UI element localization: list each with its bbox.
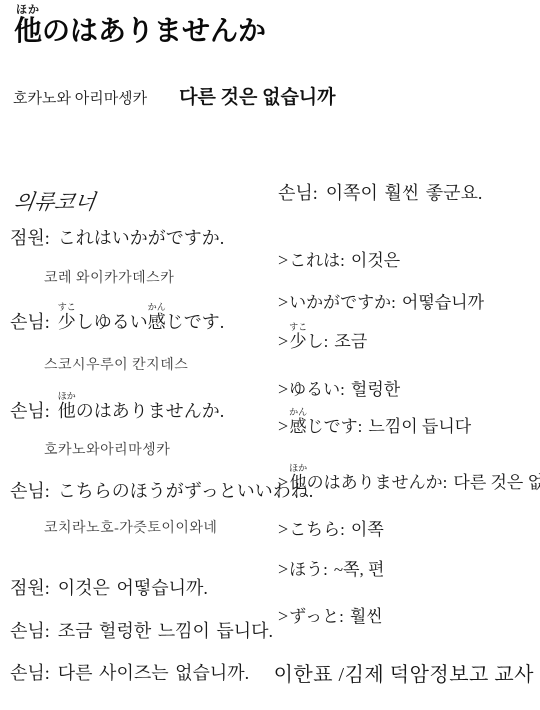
title-kanji: 他 xyxy=(14,15,42,46)
vocab-item-ikagadesuka: >いかがですか:어떻습니까 xyxy=(278,292,484,314)
vocab-ko: 훨씬 xyxy=(350,607,383,626)
vocab-jp: ゆるい: xyxy=(289,380,345,399)
furigana-hoka: ほか xyxy=(289,463,307,473)
kanji-hoka: 他 xyxy=(58,401,76,421)
dialogue-jp-text: じです. xyxy=(166,312,225,332)
angle-marker-icon: > xyxy=(278,472,288,492)
title-subtitle: 호카노와 아리마셍카다른 것은 없습니까 xyxy=(13,82,336,109)
customer-reply-line: 손님:이쪽이 훨씬 좋군요. xyxy=(278,183,482,205)
korean-text: 이것은 어떻습니까. xyxy=(58,578,208,598)
speaker-label: 점원: xyxy=(10,578,50,598)
furigana-hoka: ほか xyxy=(58,391,76,401)
dialogue-line-3: 손님:他ほかのはありませんか. xyxy=(10,391,224,423)
speaker-label: 손님: xyxy=(10,481,50,501)
speaker-label: 손님: xyxy=(10,621,50,641)
kanji-kan: 感 xyxy=(148,312,166,332)
speaker-label: 손님: xyxy=(278,183,318,203)
title-kanji-ruby: 他ほか xyxy=(14,15,42,46)
ruby-kan: 感かん xyxy=(148,312,166,332)
vocab-ko: 어떻습니까 xyxy=(402,293,484,312)
vocab-ko: 느낌이 듭니다 xyxy=(368,417,471,436)
dialogue-jp-text: のはありませんか. xyxy=(76,401,225,421)
pronunciation-line-1: 코레 와이카가데스카 xyxy=(44,267,174,287)
vocab-ko: 이쪽 xyxy=(351,520,384,539)
furigana-kan: かん xyxy=(148,302,166,312)
vocab-item-hou: >ほう:~쪽, 편 xyxy=(278,559,384,581)
worksheet-page: 他ほかのはありませんか 호카노와 아리마셍카다른 것은 없습니까 의류코너 점원… xyxy=(0,0,540,710)
vocab-item-kochira: >こちら:이쪽 xyxy=(278,519,384,541)
korean-line-3: 손님:다른 사이즈는 없습니까. xyxy=(10,663,249,685)
korean-line-2: 손님:조금 헐렁한 느낌이 듭니다. xyxy=(10,621,273,643)
speaker-label: 손님: xyxy=(10,312,50,332)
vocab-item-yurui: >ゆるい:헐렁한 xyxy=(278,379,400,401)
pronunciation-line-4: 코치라노호-가즛토이이와네 xyxy=(44,517,217,537)
kanji-sukoshi: 少 xyxy=(289,332,307,351)
vocab-item-hokanowa: >他ほかのはありませんか:다른 것은 없습니까 xyxy=(278,463,540,494)
dialogue-line-2: 손님:少すこしゆるい感かんじです. xyxy=(10,302,224,334)
pronunciation-line-2: 스코시우루이 칸지데스 xyxy=(44,354,188,374)
dialogue-line-1: 점원:これはいかがですか. xyxy=(10,228,224,250)
vocab-jp: じです: xyxy=(307,417,363,436)
angle-marker-icon: > xyxy=(278,331,288,351)
angle-marker-icon: > xyxy=(278,416,288,436)
ruby-sukoshi: 少すこ xyxy=(58,312,76,332)
korean-text: 다른 사이즈는 없습니까. xyxy=(58,663,249,683)
speaker-label: 손님: xyxy=(10,663,50,683)
vocab-jp: こちら: xyxy=(289,520,345,539)
dialogue-jp-text: これはいかがですか. xyxy=(58,228,225,248)
title-meaning: 다른 것은 없습니까 xyxy=(179,87,335,108)
vocab-item-kanjidesu: >感かんじです:느낌이 듭니다 xyxy=(278,407,471,438)
vocab-ko: 다른 것은 없습니까 xyxy=(453,473,540,492)
dialogue-jp-text: こちらのほうがずっといいわね. xyxy=(58,481,313,501)
angle-marker-icon: > xyxy=(278,292,288,312)
speaker-label: 손님: xyxy=(10,401,50,421)
title-furigana: ほか xyxy=(14,4,42,16)
vocab-jp: のはありませんか: xyxy=(307,473,448,492)
vocab-jp: これは: xyxy=(289,251,345,270)
ruby-sukoshi: 少すこ xyxy=(289,332,307,351)
dialogue-jp-text: しゆるい xyxy=(76,312,148,332)
angle-marker-icon: > xyxy=(278,606,288,626)
kanji-sukoshi: 少 xyxy=(58,312,76,332)
angle-marker-icon: > xyxy=(278,379,288,399)
speaker-label: 점원: xyxy=(10,228,50,248)
title-rest: のはありませんか xyxy=(42,15,266,46)
ruby-hoka: 他ほか xyxy=(289,473,307,492)
korean-text: 조금 헐렁한 느낌이 듭니다. xyxy=(58,621,273,641)
kanji-hoka: 他 xyxy=(289,473,307,492)
ruby-kan: 感かん xyxy=(289,417,307,436)
vocab-ko: 조금 xyxy=(334,332,367,351)
vocab-ko: 헐렁한 xyxy=(351,380,400,399)
angle-marker-icon: > xyxy=(278,559,288,579)
vocab-item-korewa: >これは:이것은 xyxy=(278,250,400,272)
section-heading: 의류코너 xyxy=(12,186,97,216)
furigana-kan: かん xyxy=(289,407,307,417)
furigana-sukoshi: すこ xyxy=(289,322,307,332)
vocab-ko: ~쪽, 편 xyxy=(334,560,385,579)
vocab-item-zutto: >ずっと:훨씬 xyxy=(278,606,383,628)
korean-text: 이쪽이 훨씬 좋군요. xyxy=(326,183,483,203)
vocab-item-sukoshi: >少すこし:조금 xyxy=(278,322,367,353)
furigana-sukoshi: すこ xyxy=(58,302,76,312)
vocab-jp: いかがですか: xyxy=(289,293,396,312)
page-title: 他ほかのはありませんか xyxy=(14,4,266,47)
angle-marker-icon: > xyxy=(278,519,288,539)
angle-marker-icon: > xyxy=(278,250,288,270)
pronunciation-line-3: 호카노와아리마셍카 xyxy=(44,439,170,459)
kanji-kan: 感 xyxy=(289,417,307,436)
vocab-jp: ずっと: xyxy=(289,607,344,626)
dialogue-line-4: 손님:こちらのほうがずっといいわね. xyxy=(10,481,313,503)
vocab-jp: ほう: xyxy=(289,560,328,579)
title-pronunciation: 호카노와 아리마셍카 xyxy=(13,91,147,107)
vocab-jp: し: xyxy=(307,332,329,351)
author-credit: 이한표 /김제 덕암정보고 교사 xyxy=(274,658,534,687)
vocab-ko: 이것은 xyxy=(351,251,400,270)
ruby-hoka: 他ほか xyxy=(58,401,76,421)
korean-line-1: 점원:이것은 어떻습니까. xyxy=(10,578,208,600)
